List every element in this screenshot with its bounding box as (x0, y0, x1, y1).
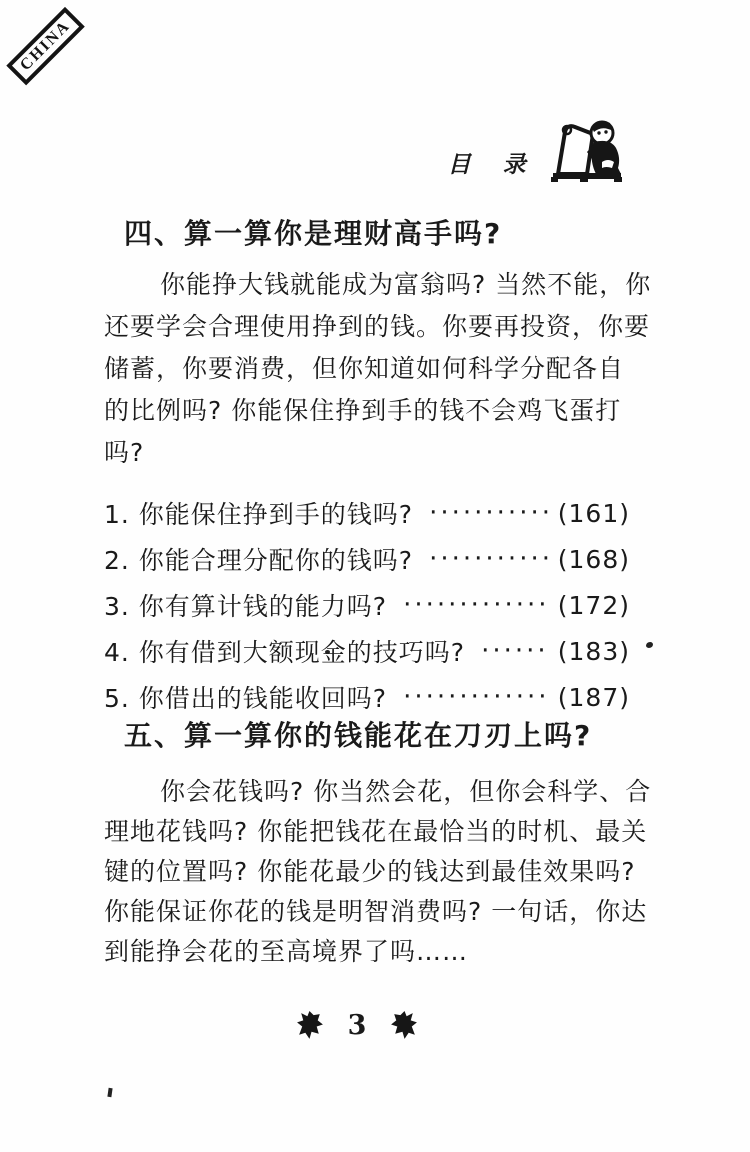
paragraph-line: 到能挣会花的至高境界了吗…… (104, 932, 628, 972)
toc-item-page: (183) (556, 637, 630, 666)
dot-leader: ················ (481, 636, 550, 666)
toc-list-section-4: 1. 你能保住挣到手的钱吗? ························ … (104, 490, 630, 720)
toc-item: 2. 你能合理分配你的钱吗? ························ … (104, 536, 630, 582)
toc-item-page: (187) (556, 683, 630, 712)
scanned-book-page: CHINA 目 录 四、算一算你是理财高手吗? 你能挣大钱就能成为富翁吗? 当然… (0, 0, 750, 1152)
header-char-lu: 录 (501, 146, 532, 179)
paragraph-line: 的比例吗? 你能保住挣到手的钱不会鸡飞蛋打 (104, 390, 628, 432)
header-char-mu: 目 (446, 146, 477, 179)
section-4-intro: 你能挣大钱就能成为富翁吗? 当然不能，你 还要学会合理使用挣到的钱。你要再投资，… (104, 264, 628, 474)
paragraph-line: 键的位置吗? 你能花最少的钱达到最佳效果吗? (104, 852, 628, 892)
section-4-heading: 四、算一算你是理财高手吗? (124, 212, 502, 252)
ink-blob-ornament-icon (390, 1010, 417, 1041)
toc-item-label: 2. 你能合理分配你的钱吗? (104, 541, 413, 577)
toc-item-page: (172) (556, 591, 630, 620)
dot-leader: ························ (429, 498, 550, 528)
paragraph-line: 理地花钱吗? 你能把钱花在最恰当的时机、最关 (104, 812, 628, 852)
toc-item-page: (161) (556, 499, 630, 528)
page-footer: 3 (0, 1010, 714, 1041)
dot-leader: ························ (429, 544, 550, 574)
scan-speck (325, 650, 330, 654)
toc-item-label: 1. 你能保住挣到手的钱吗? (104, 495, 413, 531)
reading-child-icon (550, 118, 626, 184)
china-stamp: CHINA (6, 7, 85, 86)
scan-speck (646, 642, 653, 648)
dot-leader: ·························· (403, 590, 550, 620)
scan-speck (107, 1088, 112, 1097)
paragraph-line: 吗? (104, 432, 628, 474)
paragraph-line: 你能挣大钱就能成为富翁吗? 当然不能，你 (104, 264, 628, 306)
toc-item-label: 5. 你借出的钱能收回吗? (104, 679, 387, 715)
section-5-heading: 五、算一算你的钱能花在刀刃上吗? (124, 714, 592, 754)
paragraph-line: 你会花钱吗? 你当然会花，但你会科学、合 (104, 772, 628, 812)
page-number: 3 (348, 1010, 367, 1041)
dot-leader: ··························· (403, 682, 550, 712)
page-header-title: 目 录 (446, 146, 532, 179)
toc-item-page: (168) (556, 545, 630, 574)
toc-item: 1. 你能保住挣到手的钱吗? ························ … (104, 490, 630, 536)
toc-item: 3. 你有算计钱的能力吗? ··························… (104, 582, 630, 628)
section-5-intro: 你会花钱吗? 你当然会花，但你会科学、合 理地花钱吗? 你能把钱花在最恰当的时机… (104, 772, 628, 972)
paragraph-line: 你能保证你花的钱是明智消费吗? 一句话，你达 (104, 892, 628, 932)
toc-item-label: 4. 你有借到大额现金的技巧吗? (104, 633, 465, 669)
paragraph-line: 还要学会合理使用挣到的钱。你要再投资，你要 (104, 306, 628, 348)
toc-item: 4. 你有借到大额现金的技巧吗? ················ (183) (104, 628, 630, 674)
toc-item-label: 3. 你有算计钱的能力吗? (104, 587, 387, 623)
ink-blob-ornament-icon (297, 1010, 324, 1041)
paragraph-line: 储蓄，你要消费，但你知道如何科学分配各自 (104, 348, 628, 390)
